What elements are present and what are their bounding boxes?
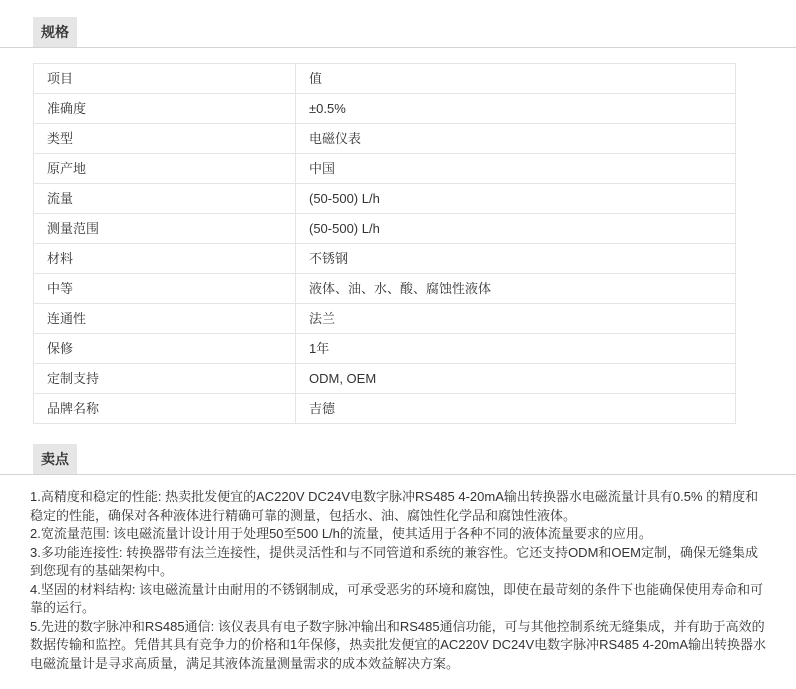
spec-item-cell: 保修 [34,334,296,364]
spec-value-cell: 吉德 [296,394,736,424]
selling-point-line: 1.高精度和稳定的性能: 热卖批发便宜的AC220V DC24V电数字脉冲RS4… [30,488,770,525]
spec-item-cell: 测量范围 [34,214,296,244]
table-row: 准确度±0.5% [34,94,736,124]
specs-table-container: 项目 值 准确度±0.5%类型电磁仪表原产地中国流量(50-500) L/h测量… [0,48,796,424]
table-row: 保修1年 [34,334,736,364]
column-header-value: 值 [296,64,736,94]
table-header-row: 项目 值 [34,64,736,94]
table-row: 中等液体、油、水、酸、腐蚀性液体 [34,274,736,304]
selling-point-line: 2.宽流量范围: 该电磁流量计设计用于处理50至500 L/h的流量，使其适用于… [30,525,770,544]
spec-item-cell: 材料 [34,244,296,274]
spec-item-cell: 类型 [34,124,296,154]
table-row: 品牌名称吉德 [34,394,736,424]
specs-table: 项目 值 准确度±0.5%类型电磁仪表原产地中国流量(50-500) L/h测量… [33,63,736,424]
spec-item-cell: 原产地 [34,154,296,184]
spec-value-cell: 液体、油、水、酸、腐蚀性液体 [296,274,736,304]
tab-specifications[interactable]: 规格 [33,17,77,47]
selling-point-line: 5.先进的数字脉冲和RS485通信: 该仪表具有电子数字脉冲输出和RS485通信… [30,618,770,674]
table-row: 连通性法兰 [34,304,736,334]
spec-value-cell: 1年 [296,334,736,364]
selling-points-list: 1.高精度和稳定的性能: 热卖批发便宜的AC220V DC24V电数字脉冲RS4… [0,475,796,689]
table-row: 流量(50-500) L/h [34,184,736,214]
spec-value-cell: (50-500) L/h [296,214,736,244]
specs-tab-bar: 规格 [0,17,796,48]
specs-table-body: 准确度±0.5%类型电磁仪表原产地中国流量(50-500) L/h测量范围(50… [34,94,736,424]
table-row: 材料不锈钢 [34,244,736,274]
selling-points-tab-bar: 卖点 [0,444,796,475]
spec-value-cell: 不锈钢 [296,244,736,274]
table-row: 测量范围(50-500) L/h [34,214,736,244]
product-detail-page: 规格 项目 值 准确度±0.5%类型电磁仪表原产地中国流量(50-500) L/… [0,0,796,689]
spec-item-cell: 品牌名称 [34,394,296,424]
spec-value-cell: 中国 [296,154,736,184]
spec-value-cell: ODM, OEM [296,364,736,394]
table-row: 定制支持ODM, OEM [34,364,736,394]
spec-value-cell: 电磁仪表 [296,124,736,154]
selling-point-line: 4.坚固的材料结构: 该电磁流量计由耐用的不锈钢制成，可承受恶劣的环境和腐蚀，即… [30,581,770,618]
spec-value-cell: ±0.5% [296,94,736,124]
table-row: 类型电磁仪表 [34,124,736,154]
spec-item-cell: 连通性 [34,304,296,334]
tab-selling-points[interactable]: 卖点 [33,444,77,474]
table-row: 原产地中国 [34,154,736,184]
spec-item-cell: 定制支持 [34,364,296,394]
spec-item-cell: 流量 [34,184,296,214]
column-header-item: 项目 [34,64,296,94]
selling-point-line: 3.多功能连接性: 转换器带有法兰连接性，提供灵活性和与不同管道和系统的兼容性。… [30,544,770,581]
spec-item-cell: 中等 [34,274,296,304]
spec-item-cell: 准确度 [34,94,296,124]
spec-value-cell: (50-500) L/h [296,184,736,214]
spec-value-cell: 法兰 [296,304,736,334]
